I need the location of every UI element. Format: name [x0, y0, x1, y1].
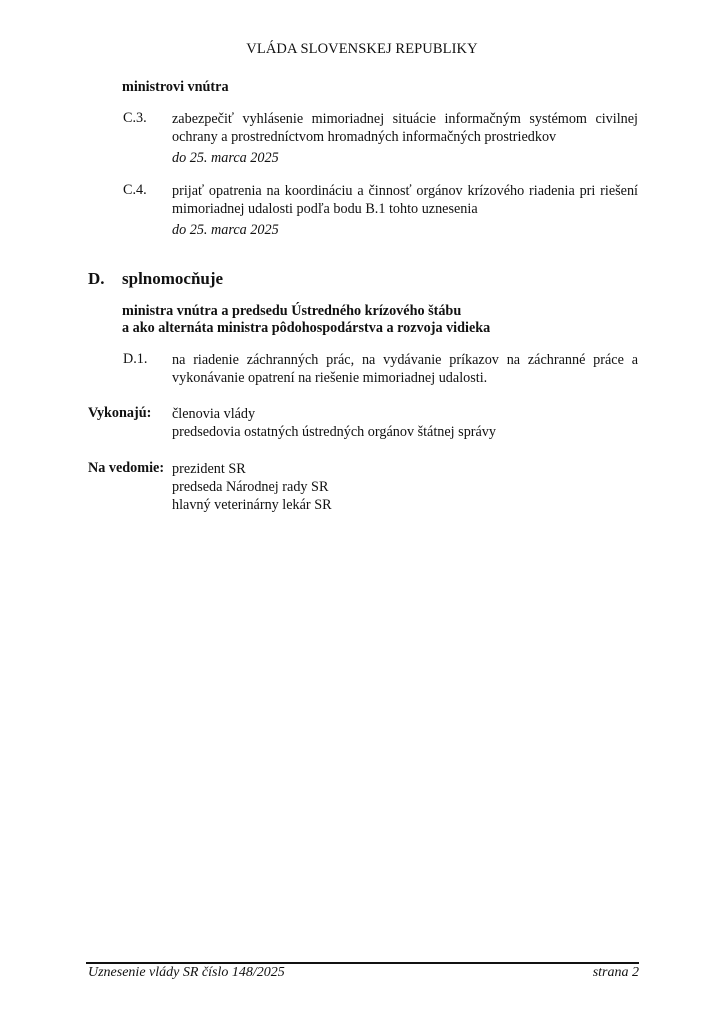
- item-number: D.1.: [123, 351, 147, 368]
- document-header: VLÁDA SLOVENSKEJ REPUBLIKY: [0, 41, 724, 58]
- item-text: prijať opatrenia na koordináciu a činnos…: [172, 182, 638, 218]
- footer-page-number: strana 2: [586, 965, 639, 981]
- execute-label: Vykonajú:: [88, 405, 151, 422]
- footer-divider: [86, 962, 639, 964]
- section-d-title: splnomocňuje: [122, 269, 223, 289]
- item-number: C.4.: [123, 182, 147, 199]
- execute-line: členovia vlády: [172, 405, 255, 423]
- item-text: na riadenie záchranných prác, na vydávan…: [172, 351, 638, 387]
- notice-line: predseda Národnej rady SR: [172, 478, 328, 496]
- item-deadline: do 25. marca 2025: [172, 222, 279, 239]
- footer-document-id: Uznesenie vlády SR číslo 148/2025: [88, 965, 285, 981]
- item-number: C.3.: [123, 110, 147, 127]
- section-c-addressee: ministrovi vnútra: [122, 79, 229, 96]
- section-d-addressee-line: a ako alternáta ministra pôdohospodárstv…: [122, 320, 490, 337]
- item-text: zabezpečiť vyhlásenie mimoriadnej situác…: [172, 110, 638, 146]
- notice-line: prezident SR: [172, 460, 246, 478]
- section-d-addressee-line: ministra vnútra a predsedu Ústredného kr…: [122, 303, 461, 320]
- notice-line: hlavný veterinárny lekár SR: [172, 496, 332, 514]
- item-deadline: do 25. marca 2025: [172, 150, 279, 167]
- notice-label: Na vedomie:: [88, 460, 164, 477]
- section-d-letter: D.: [88, 269, 105, 289]
- execute-line: predsedovia ostatných ústredných orgánov…: [172, 423, 496, 441]
